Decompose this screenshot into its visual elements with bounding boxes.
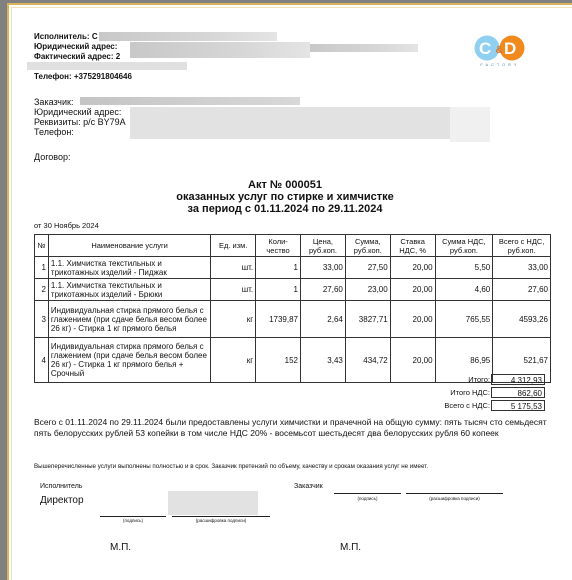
- redacted-executor-name: [99, 32, 277, 41]
- svg-text:D: D: [504, 39, 516, 58]
- company-logo: C & D FACTORY: [470, 34, 534, 68]
- services-table: № Наименование услуги Ед. изм. Коли-чест…: [34, 234, 551, 383]
- act-title: Акт № 000051: [0, 179, 570, 191]
- vat-total-label: Итого НДС:: [400, 387, 490, 399]
- svg-text:C: C: [479, 39, 491, 58]
- cell-row-number: 3: [35, 301, 49, 338]
- executor-actual-address-label: Фактический адрес:: [34, 52, 114, 61]
- executor-legal-address: Юридический адрес:: [34, 42, 117, 52]
- redacted-customer-details: [130, 107, 460, 139]
- acceptance-note: Вышеперечисленные услуги выполнены полно…: [34, 463, 428, 470]
- act-subtitle: оказанных услуг по стирке и химчистке: [0, 191, 570, 203]
- customer-stamp-label: М.П.: [340, 542, 361, 553]
- svg-text:FACTORY: FACTORY: [480, 63, 519, 67]
- col-header-vat-rate: СтавкаНДС, %: [390, 235, 435, 257]
- cell-price: 2,64: [301, 301, 346, 338]
- cell-service-name: Индивидуальная стирка прямого белья с гл…: [48, 338, 210, 383]
- cell-quantity: 1: [256, 257, 301, 279]
- redacted-executor-requisites: [27, 62, 187, 70]
- col-header-total: Всего с НДС,руб.коп.: [493, 235, 551, 257]
- cell-unit: шт.: [211, 279, 256, 301]
- cell-quantity: 1739,87: [256, 301, 301, 338]
- act-period: за период с 01.11.2024 по 29.11.2024: [0, 203, 570, 215]
- executor-phone-value: +375291804646: [74, 72, 132, 81]
- grand-total-value: 5 175,53: [491, 400, 545, 411]
- executor-signature-label: Исполнитель: [40, 483, 82, 490]
- cell-total-with-vat: 33,00: [493, 257, 551, 279]
- executor-decode-line: [172, 516, 270, 517]
- cell-service-name: 1.1. Химчистка текстильных и трикотажных…: [48, 279, 210, 301]
- cell-row-number: 2: [35, 279, 49, 301]
- executor-position: Директор: [40, 495, 84, 506]
- executor-name: Исполнитель: С: [34, 32, 98, 42]
- executor-decode-caption: (расшифровка подписи): [172, 518, 270, 523]
- customer-signature-line: [334, 493, 401, 494]
- cell-vat-rate: 20,00: [390, 279, 435, 301]
- cell-sum: 27,50: [345, 257, 390, 279]
- cell-vat-sum: 5,50: [435, 257, 493, 279]
- cell-price: 33,00: [301, 257, 346, 279]
- col-header-unit: Ед. изм.: [211, 235, 256, 257]
- executor-name-label: Исполнитель:: [34, 32, 90, 41]
- redacted-executor-legal-address-tail: [310, 44, 418, 52]
- cell-total-with-vat: 27,60: [493, 279, 551, 301]
- act-date: от 30 Ноябрь 2024: [34, 221, 99, 230]
- cell-row-number: 1: [35, 257, 49, 279]
- subtotal-label: Итого:: [400, 374, 490, 386]
- customer-signature-label: Заказчик: [294, 483, 323, 490]
- cell-sum: 434,72: [345, 338, 390, 383]
- table-row: 21.1. Химчистка текстильных и трикотажны…: [35, 279, 551, 301]
- col-header-name: Наименование услуги: [48, 235, 210, 257]
- executor-name-value: С: [92, 32, 98, 41]
- executor-signature-caption: (подпись): [100, 518, 166, 523]
- svg-text:&: &: [496, 45, 503, 56]
- customer-requisites-label: Реквизиты: р/с: [34, 117, 95, 127]
- subtotal-value: 4 312,93: [491, 374, 545, 385]
- col-header-no: №: [35, 235, 49, 257]
- table-row: 3Индивидуальная стирка прямого белья с г…: [35, 301, 551, 338]
- cell-sum: 23,00: [345, 279, 390, 301]
- redacted-executor-legal-address: [130, 42, 310, 58]
- col-header-vat-sum: Сумма НДС,руб.коп.: [435, 235, 493, 257]
- customer-phone: Телефон:: [34, 127, 74, 137]
- contract-label: Договор:: [34, 152, 70, 162]
- cell-vat-sum: 765,55: [435, 301, 493, 338]
- cell-service-name: 1.1. Химчистка текстильных и трикотажных…: [48, 257, 210, 279]
- cell-sum: 3827,71: [345, 301, 390, 338]
- table-header-row: № Наименование услуги Ед. изм. Коли-чест…: [35, 235, 551, 257]
- cell-unit: шт.: [211, 257, 256, 279]
- redacted-customer-details-tail: [450, 107, 490, 142]
- executor-actual-address-value: 2: [116, 52, 120, 61]
- grand-total-label: Всего с НДС:: [400, 400, 490, 412]
- executor-phone-label: Телефон:: [34, 72, 72, 81]
- customer-decode-caption: (расшифровка подписи): [406, 496, 503, 501]
- cell-price: 3,43: [301, 338, 346, 383]
- customer-requisites: Реквизиты: р/с BY79A: [34, 117, 126, 127]
- customer-legal-address: Юридический адрес:: [34, 107, 121, 117]
- cell-quantity: 152: [256, 338, 301, 383]
- cell-vat-sum: 4,60: [435, 279, 493, 301]
- cell-unit: кг: [211, 301, 256, 338]
- amount-in-words: Всего с 01.11.2024 по 29.11.2024 были пр…: [34, 417, 554, 439]
- customer-name: Заказчик:: [34, 97, 73, 107]
- redacted-executor-signature-name: [168, 491, 258, 515]
- redacted-customer-name: [80, 97, 300, 105]
- executor-phone: Телефон: +375291804646: [34, 72, 132, 82]
- table-row: 11.1. Химчистка текстильных и трикотажны…: [35, 257, 551, 279]
- cell-quantity: 1: [256, 279, 301, 301]
- cell-row-number: 4: [35, 338, 49, 383]
- customer-signature-caption: (подпись): [334, 496, 401, 501]
- cell-unit: кг: [211, 338, 256, 383]
- customer-requisites-value: BY79A: [98, 117, 126, 127]
- executor-stamp-label: М.П.: [110, 542, 131, 553]
- vat-total-value: 862,60: [491, 387, 545, 398]
- cell-vat-rate: 20,00: [390, 301, 435, 338]
- col-header-price: Цена,руб.коп.: [301, 235, 346, 257]
- cell-price: 27,60: [301, 279, 346, 301]
- col-header-sum: Сумма,руб.коп.: [345, 235, 390, 257]
- executor-actual-address: Фактический адрес: 2: [34, 52, 120, 62]
- executor-signature-line: [100, 516, 166, 517]
- cell-vat-rate: 20,00: [390, 257, 435, 279]
- cell-service-name: Индивидуальная стирка прямого белья с гл…: [48, 301, 210, 338]
- cell-total-with-vat: 4593,26: [493, 301, 551, 338]
- col-header-qty: Коли-чество: [256, 235, 301, 257]
- customer-decode-line: [406, 493, 503, 494]
